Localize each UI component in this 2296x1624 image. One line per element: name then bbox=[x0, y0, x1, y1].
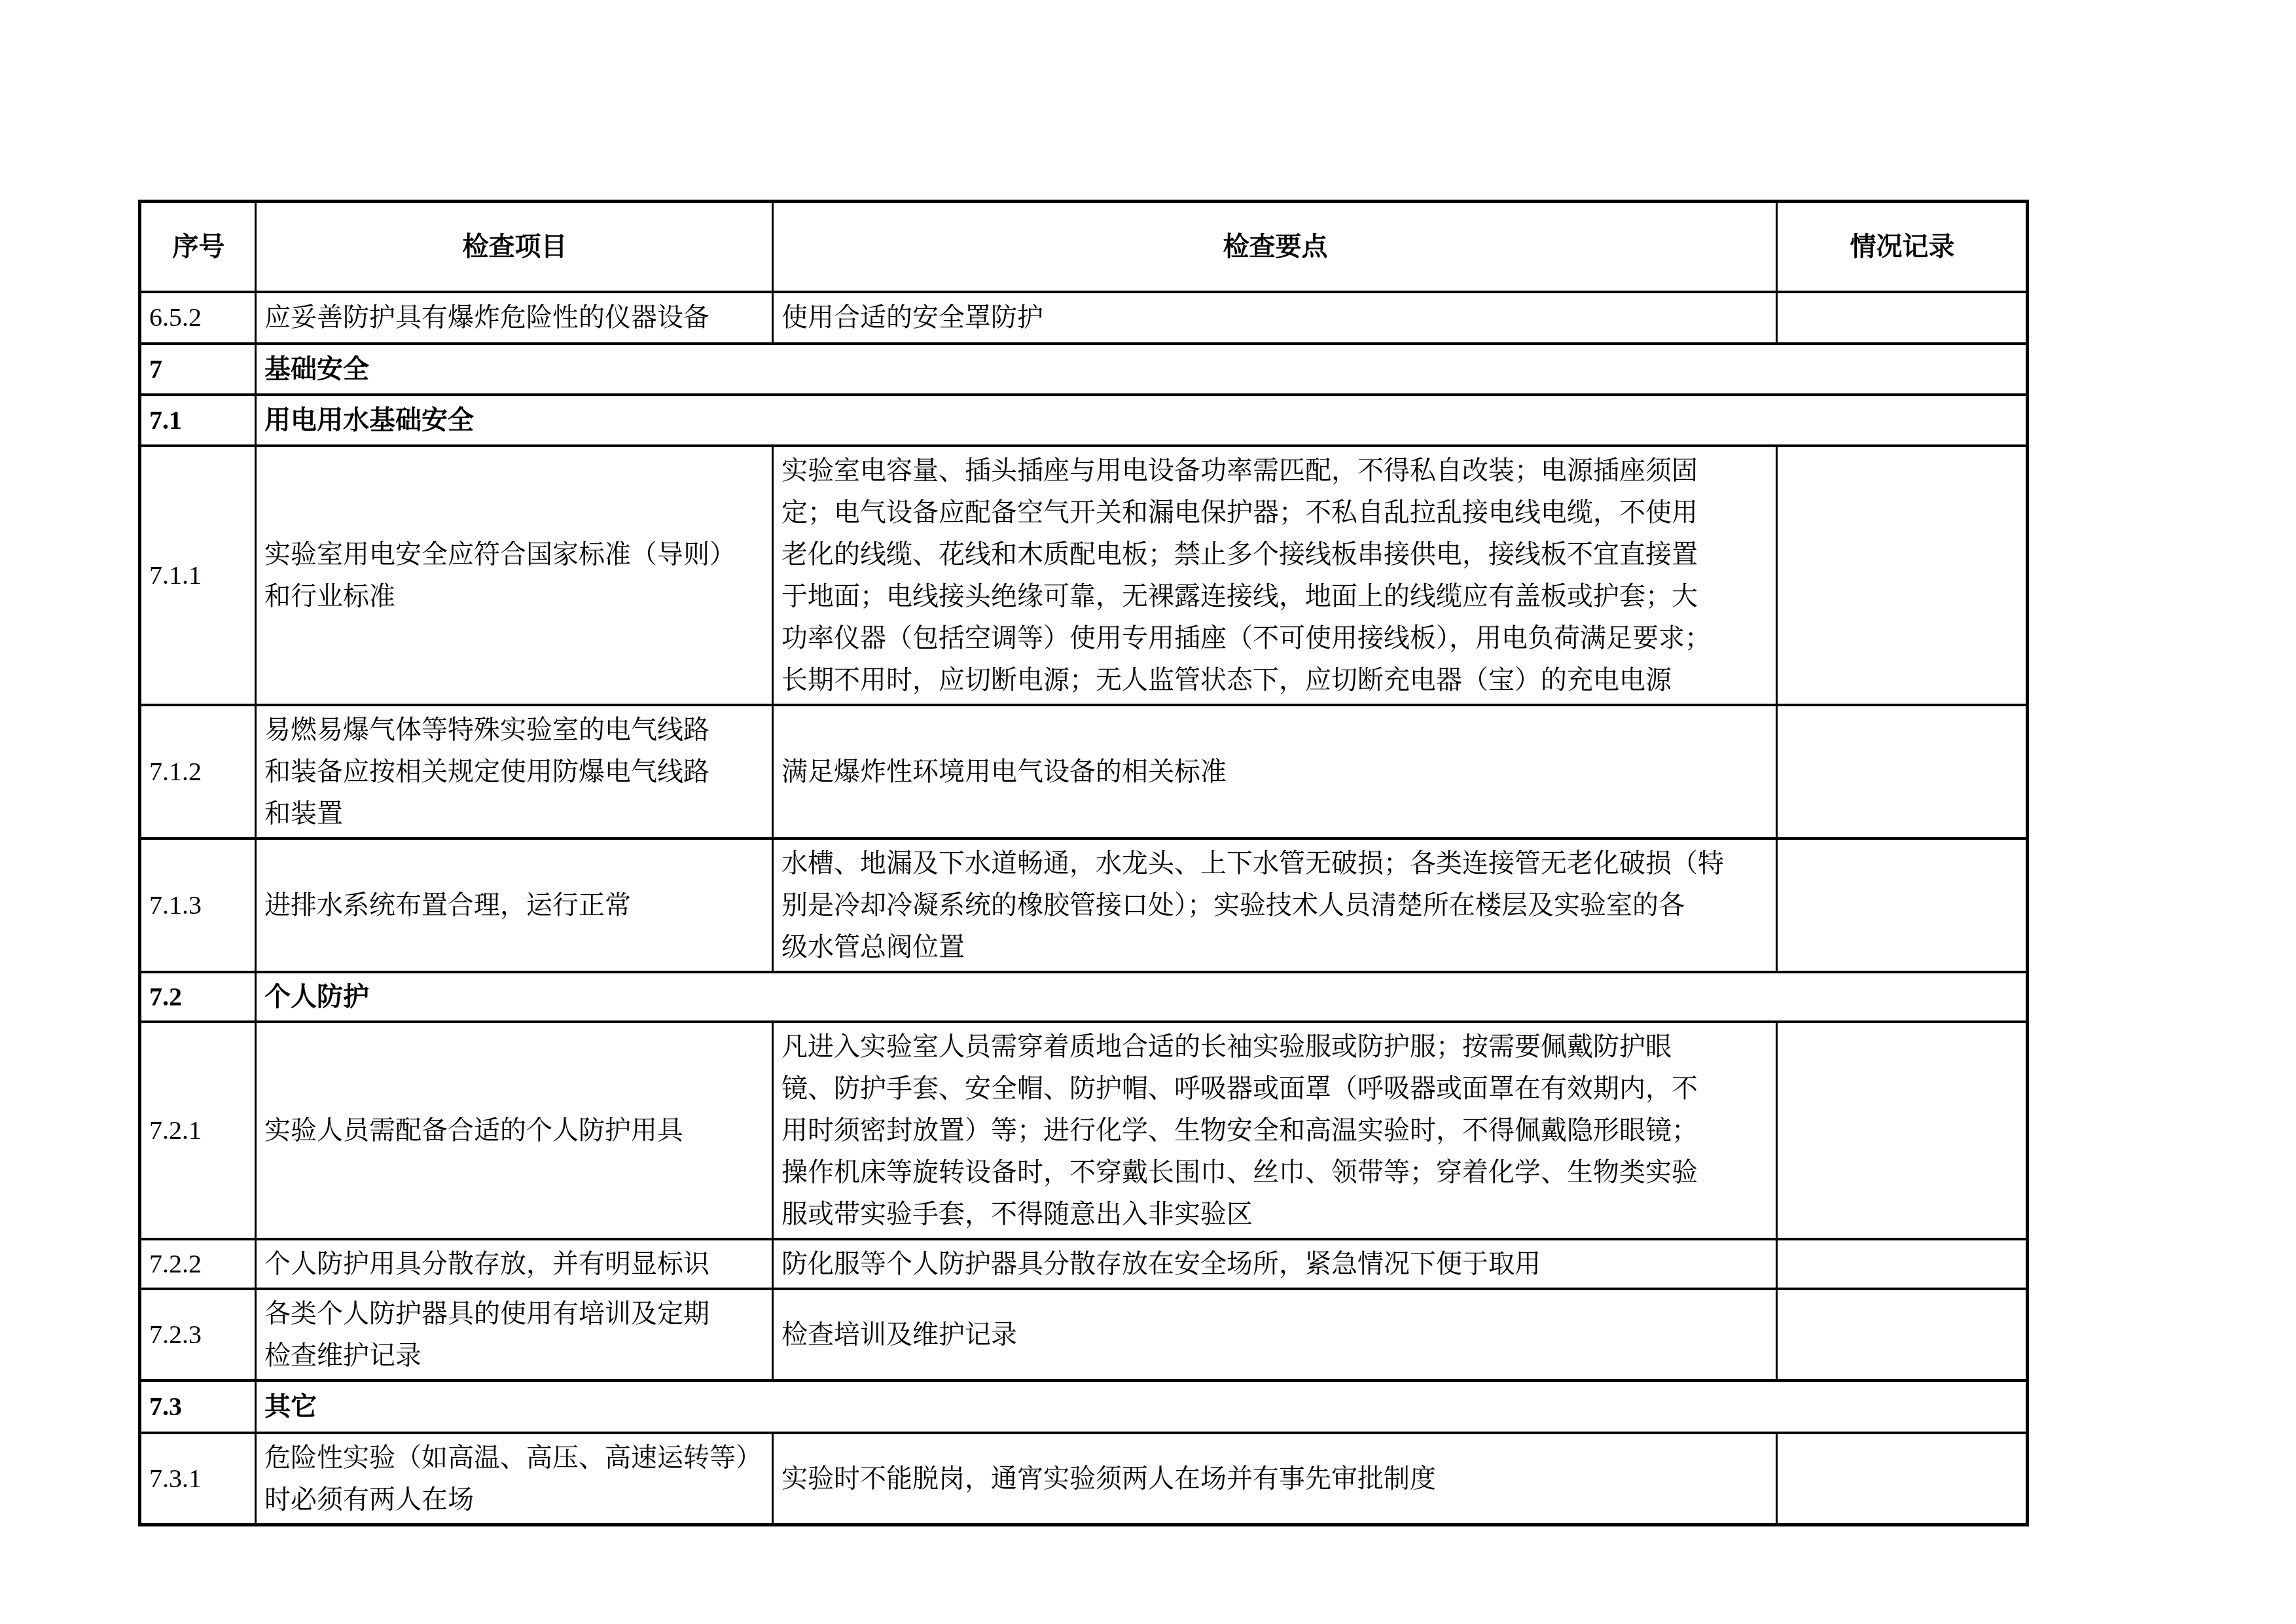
section-row: 7.3 其它 bbox=[140, 1380, 2028, 1433]
section-row: 7.2 个人防护 bbox=[140, 972, 2028, 1022]
record-cell bbox=[1777, 446, 2028, 705]
table-row: 7.2.1 实验人员需配备合适的个人防护用具 凡进入实验室人员需穿着质地合适的长… bbox=[140, 1022, 2028, 1239]
row-id-cell: 7.2.2 bbox=[140, 1239, 256, 1289]
item-cell: 实验室用电安全应符合国家标准（导则） 和行业标准 bbox=[256, 446, 773, 705]
table-row: 6.5.2 应妥善防护具有爆炸危险性的仪器设备 使用合适的安全罩防护 bbox=[140, 292, 2028, 344]
header-record: 情况记录 bbox=[1777, 202, 2028, 292]
points-cell: 实验时不能脱岗，通宵实验须两人在场并有事先审批制度 bbox=[773, 1433, 1777, 1525]
record-cell bbox=[1777, 292, 2028, 344]
table-row: 7.1.1 实验室用电安全应符合国家标准（导则） 和行业标准 实验室电容量、插头… bbox=[140, 446, 2028, 705]
item-cell: 应妥善防护具有爆炸危险性的仪器设备 bbox=[256, 292, 773, 344]
record-cell bbox=[1777, 839, 2028, 972]
points-cell: 检查培训及维护记录 bbox=[773, 1289, 1777, 1380]
table-row: 7.1.2 易燃易爆气体等特殊实验室的电气线路 和装备应按相关规定使用防爆电气线… bbox=[140, 705, 2028, 839]
header-points: 检查要点 bbox=[773, 202, 1777, 292]
points-cell: 实验室电容量、插头插座与用电设备功率需匹配，不得私自改装；电源插座须固 定；电气… bbox=[773, 446, 1777, 705]
points-cell: 使用合适的安全罩防护 bbox=[773, 292, 1777, 344]
section-title-cell: 其它 bbox=[256, 1380, 2028, 1433]
section-title-cell: 基础安全 bbox=[256, 344, 2028, 395]
header-item: 检查项目 bbox=[256, 202, 773, 292]
item-cell: 危险性实验（如高温、高压、高速运转等） 时必须有两人在场 bbox=[256, 1433, 773, 1525]
row-id-cell: 7.2.3 bbox=[140, 1289, 256, 1380]
row-id-cell: 7 bbox=[140, 344, 256, 395]
item-cell: 各类个人防护器具的使用有培训及定期 检查维护记录 bbox=[256, 1289, 773, 1380]
item-cell: 实验人员需配备合适的个人防护用具 bbox=[256, 1022, 773, 1239]
points-cell: 满足爆炸性环境用电气设备的相关标准 bbox=[773, 705, 1777, 839]
record-cell bbox=[1777, 1433, 2028, 1525]
header-id: 序号 bbox=[140, 202, 256, 292]
row-id-cell: 7.2 bbox=[140, 972, 256, 1022]
inspection-table: 序号 检查项目 检查要点 情况记录 6.5.2 应妥善防护具有爆炸危险性的仪器设… bbox=[138, 200, 2029, 1526]
section-row: 7 基础安全 bbox=[140, 344, 2028, 395]
row-id-cell: 7.3 bbox=[140, 1380, 256, 1433]
row-id-cell: 7.1 bbox=[140, 395, 256, 446]
item-cell: 进排水系统布置合理，运行正常 bbox=[256, 839, 773, 972]
table-header-row: 序号 检查项目 检查要点 情况记录 bbox=[140, 202, 2028, 292]
row-id-cell: 7.1.1 bbox=[140, 446, 256, 705]
row-id-cell: 7.3.1 bbox=[140, 1433, 256, 1525]
section-title-cell: 用电用水基础安全 bbox=[256, 395, 2028, 446]
points-cell: 凡进入实验室人员需穿着质地合适的长袖实验服或防护服；按需要佩戴防护眼 镜、防护手… bbox=[773, 1022, 1777, 1239]
section-title-cell: 个人防护 bbox=[256, 972, 2028, 1022]
table-row: 7.1.3 进排水系统布置合理，运行正常 水槽、地漏及下水道畅通，水龙头、上下水… bbox=[140, 839, 2028, 972]
item-cell: 个人防护用具分散存放，并有明显标识 bbox=[256, 1239, 773, 1289]
row-id-cell: 7.1.3 bbox=[140, 839, 256, 972]
record-cell bbox=[1777, 1239, 2028, 1289]
row-id-cell: 7.2.1 bbox=[140, 1022, 256, 1239]
row-id-cell: 7.1.2 bbox=[140, 705, 256, 839]
record-cell bbox=[1777, 705, 2028, 839]
document-page: 序号 检查项目 检查要点 情况记录 6.5.2 应妥善防护具有爆炸危险性的仪器设… bbox=[138, 200, 2026, 1526]
record-cell bbox=[1777, 1289, 2028, 1380]
record-cell bbox=[1777, 1022, 2028, 1239]
item-cell: 易燃易爆气体等特殊实验室的电气线路 和装备应按相关规定使用防爆电气线路 和装置 bbox=[256, 705, 773, 839]
table-row: 7.3.1 危险性实验（如高温、高压、高速运转等） 时必须有两人在场 实验时不能… bbox=[140, 1433, 2028, 1525]
table-row: 7.2.2 个人防护用具分散存放，并有明显标识 防化服等个人防护器具分散存放在安… bbox=[140, 1239, 2028, 1289]
points-cell: 防化服等个人防护器具分散存放在安全场所，紧急情况下便于取用 bbox=[773, 1239, 1777, 1289]
section-row: 7.1 用电用水基础安全 bbox=[140, 395, 2028, 446]
row-id-cell: 6.5.2 bbox=[140, 292, 256, 344]
points-cell: 水槽、地漏及下水道畅通，水龙头、上下水管无破损；各类连接管无老化破损（特 别是冷… bbox=[773, 839, 1777, 972]
table-row: 7.2.3 各类个人防护器具的使用有培训及定期 检查维护记录 检查培训及维护记录 bbox=[140, 1289, 2028, 1380]
